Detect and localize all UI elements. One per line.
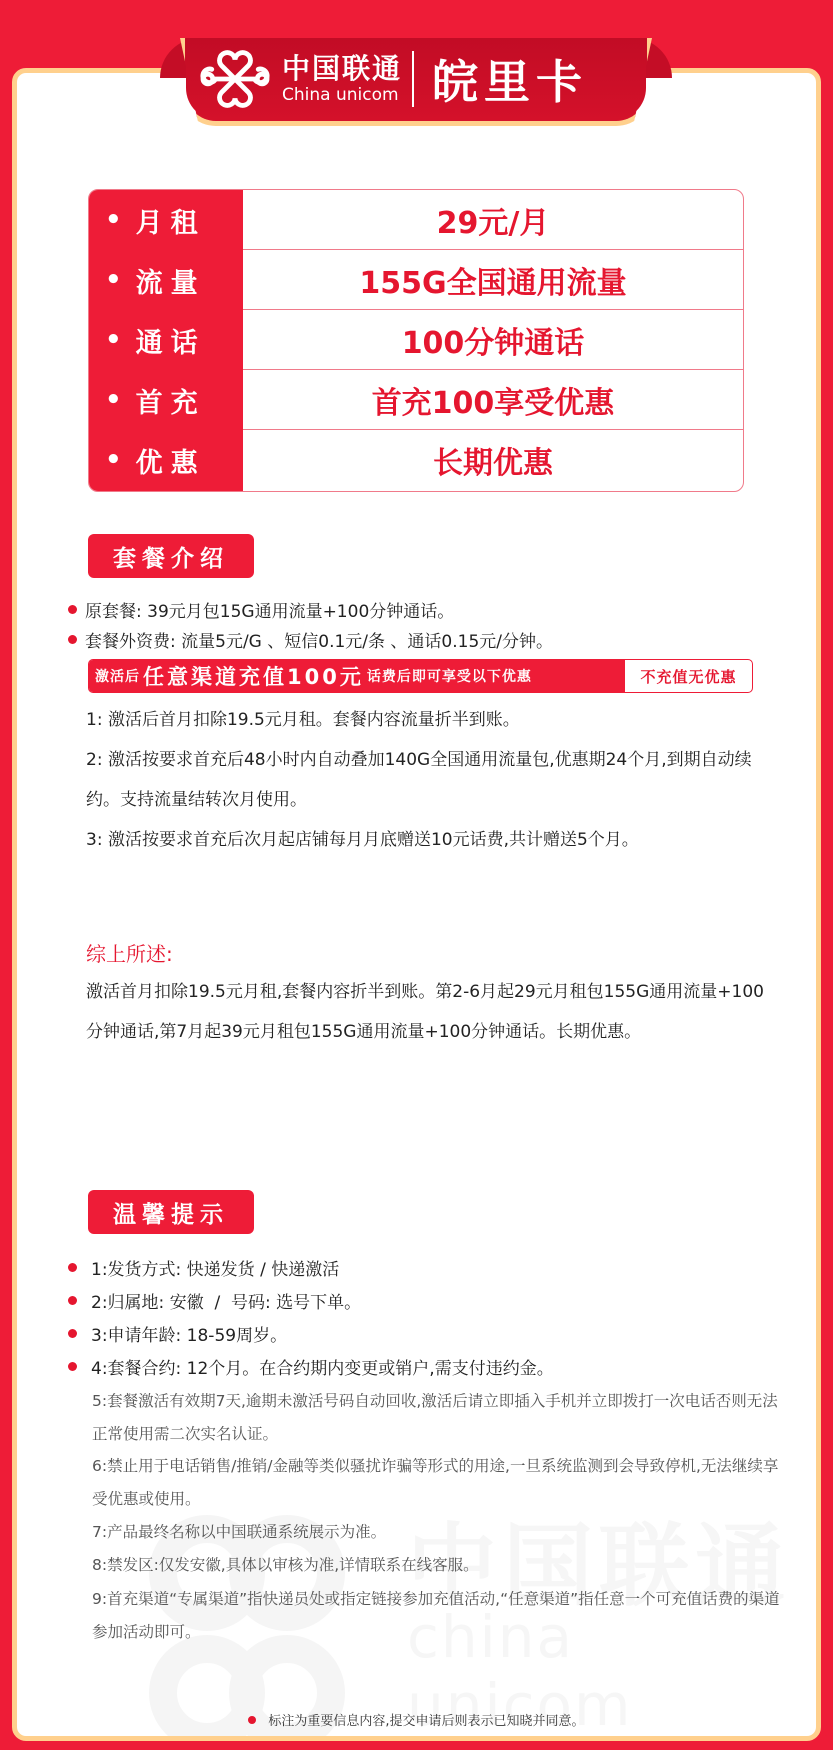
bullet-icon: • <box>105 445 122 475</box>
spec-value-first-recharge: 首充100享受优惠 <box>243 370 743 430</box>
promo-banner: 激活后 任意渠道充值100元 话费后即可享受以下优惠 不充值无优惠 <box>88 659 753 693</box>
brand-cn: 中国联通 <box>282 53 402 85</box>
tip-note-9: 9:首充渠道“专属渠道”指快递员处或指定链接参加充值活动,“任意渠道”指任意一个… <box>92 1583 792 1649</box>
spec-label-data: •流量 <box>89 250 243 310</box>
original-package-line: 原套餐: 39元月包15G通用流量+100分钟通话。 <box>68 597 454 622</box>
tip-note-8: 8:禁发区:仅发安徽,具体以审核为准,详情联系在线客服。 <box>92 1549 792 1582</box>
spec-value-calls: 100分钟通话 <box>243 310 743 370</box>
spec-table: •月租 •流量 •通话 •首充 •优惠 29元/月 155G全国通用流量 100… <box>88 189 744 492</box>
spec-value-data: 155G全国通用流量 <box>243 250 743 310</box>
red-dot-icon <box>248 1716 256 1724</box>
intro-item-3: 3: 激活按要求首充后次月起店铺每月月底赠送10元话费,共计赠送5个月。 <box>86 820 776 860</box>
spec-label-calls: •通话 <box>89 310 243 370</box>
tip-note-5: 5:套餐激活有效期7天,逾期未激活号码自动回收,激活后请立即插入手机并立即拨打一… <box>92 1385 792 1451</box>
spec-labels: •月租 •流量 •通话 •首充 •优惠 <box>89 190 243 491</box>
tip-item-4: 4:套餐合约: 12个月。在合约期内变更或销户,需支付违约金。 <box>68 1354 554 1379</box>
bullet-icon: • <box>105 205 122 235</box>
brand-en: China unicom <box>282 85 402 105</box>
red-dot-icon <box>68 1263 77 1272</box>
tip-note-6: 6:禁止用于电话销售/推销/金融等类似骚扰诈骗等形式的用途,一旦系统监测到会导致… <box>92 1450 792 1516</box>
promo-warning: 不充值无优惠 <box>625 660 752 692</box>
red-dot-icon <box>68 605 77 614</box>
summary-title: 综上所述: <box>86 938 173 967</box>
bullet-icon: • <box>105 325 122 355</box>
china-unicom-logo-icon <box>196 48 274 110</box>
banner-content: 中国联通 China unicom 皖里卡 <box>186 38 646 120</box>
tip-item-1: 1:发货方式: 快递发货 / 快递激活 <box>68 1255 339 1280</box>
spec-label-monthly-fee: •月租 <box>89 190 243 250</box>
red-dot-icon <box>68 635 77 644</box>
section-tips: 温馨提示 <box>88 1190 254 1234</box>
spec-value-monthly-fee: 29元/月 <box>243 190 743 250</box>
promo-condition: 激活后 任意渠道充值100元 话费后即可享受以下优惠 <box>89 660 625 692</box>
footer-disclaimer: 标注为重要信息内容,提交申请后则表示已知晓并同意。 <box>0 1710 833 1729</box>
tip-item-3: 3:申请年龄: 18-59周岁。 <box>68 1321 287 1346</box>
brand-text: 中国联通 China unicom <box>282 53 402 105</box>
spec-values: 29元/月 155G全国通用流量 100分钟通话 首充100享受优惠 长期优惠 <box>243 190 743 491</box>
spec-value-discount: 长期优惠 <box>243 430 743 490</box>
spec-label-discount: •优惠 <box>89 430 243 490</box>
intro-item-1: 1: 激活后首月扣除19.5元月租。套餐内容流量折半到账。 <box>86 700 776 740</box>
red-dot-icon <box>68 1329 77 1338</box>
tip-note-7: 7:产品最终名称以中国联通系统展示为准。 <box>92 1516 792 1549</box>
summary-text: 激活首月扣除19.5元月租,套餐内容折半到账。第2-6月起29元月租包155G通… <box>86 972 776 1052</box>
bullet-icon: • <box>105 265 122 295</box>
red-dot-icon <box>68 1296 77 1305</box>
header-banner: 中国联通 China unicom 皖里卡 <box>160 38 672 128</box>
section-package-intro: 套餐介绍 <box>88 534 254 578</box>
extra-fees-line: 套餐外资费: 流量5元/G 、短信0.1元/条 、通话0.15元/分钟。 <box>68 627 553 652</box>
banner-divider <box>412 51 414 107</box>
bullet-icon: • <box>105 385 122 415</box>
intro-item-2: 2: 激活按要求首充后48小时内自动叠加140G全国通用流量包,优惠期24个月,… <box>86 740 776 820</box>
red-dot-icon <box>68 1362 77 1371</box>
tip-item-2: 2:归属地: 安徽 / 号码: 选号下单。 <box>68 1288 361 1313</box>
spec-label-first-recharge: •首充 <box>89 370 243 430</box>
card-title: 皖里卡 <box>432 46 588 112</box>
